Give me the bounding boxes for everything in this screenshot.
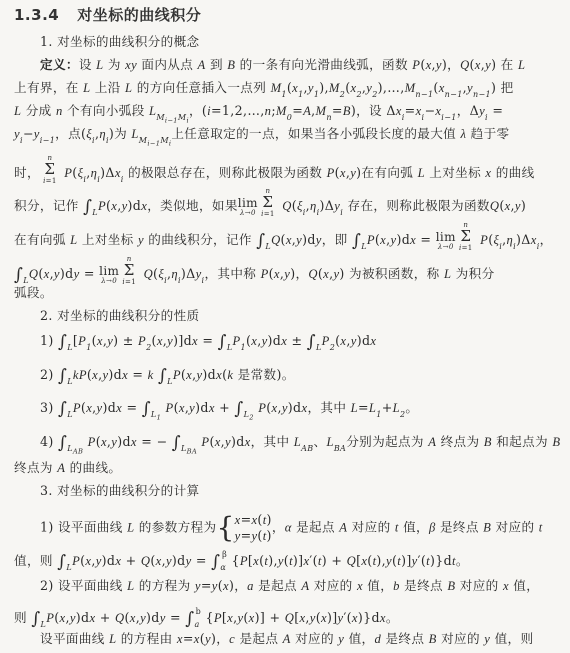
definition-line-2: 上有界，在 L 上沿 L 的方向任意插入一点列 M1(x1,y1),M2(x2,… <box>0 79 570 104</box>
computation-3: 设平面曲线 L 的方程由 x=x(y)，c 是起点 A 对应的 y 值，d 是终… <box>0 630 570 648</box>
definition-label: 定义： <box>40 57 79 72</box>
computation-1-formula: 值，则 ∫LP(x,y)dx + Q(x,y)dy = ∫αβ {P[x(t),… <box>0 546 570 577</box>
textbook-page: 1.3.4对坐标的曲线积分 1. 对坐标的曲线积分的概念 定义：设 L 为 xy… <box>0 0 570 653</box>
computation-2: 2) 设平面曲线 L 的方程为 y=y(x)，a 是起点 A 对应的 x 值，b… <box>0 577 570 595</box>
definition-line-7: 在有向弧 L 上对坐标 y 的曲线积分，记作 ∫LQ(x,y)dy，即 ∫LP(… <box>0 220 570 256</box>
heading-properties: 2. 对坐标的曲线积分的性质 <box>0 307 570 325</box>
property-2: 2) ∫LkP(x,y)dx = k ∫LP(x,y)dx(k 是常数)。 <box>0 366 570 391</box>
definition-line-6: 积分，记作 ∫LP(x,y)dx，类似地，如果limλ→0nΣi=1 Q(ξi,… <box>0 186 570 222</box>
heading-concept: 1. 对坐标的曲线积分的概念 <box>0 33 570 51</box>
definition-line-4: yi−yi−1，点(ξi,ηi)为 LMi−1Mi上任意取定的一点，如果当各小弧… <box>0 125 570 153</box>
section-title-text: 对坐标的曲线积分 <box>77 6 201 24</box>
property-4: 4) ∫LAB P(x,y)dx = − ∫LBA P(x,y)dx，其中 LA… <box>0 433 570 461</box>
definition-line-5: 时，nΣi=1 P(ξi,ηi)Δxi 的极限总存在，则称此极限为函数 P(x,… <box>0 153 570 189</box>
heading-computation: 3. 对坐标的曲线积分的计算 <box>0 482 570 500</box>
section-title: 1.3.4对坐标的曲线积分 <box>14 4 201 25</box>
property-4-continued: 终点为 A 的曲线。 <box>0 459 570 477</box>
property-3: 3) ∫LP(x,y)dx = ∫L1 P(x,y)dx + ∫L2 P(x,y… <box>0 399 570 427</box>
property-1: 1) ∫L[P1(x,y) ± P2(x,y)]dx = ∫LP1(x,y)dx… <box>0 332 570 357</box>
section-number: 1.3.4 <box>14 6 59 24</box>
definition-line-9: 弧段。 <box>0 284 570 302</box>
definition-line-1: 定义：设 L 为 xy 面内从点 A 到 B 的一条有向光滑曲线弧，函数 P(x… <box>0 56 570 74</box>
computation-1: 1) 设平面曲线 L 的参数方程为{x=x(t)y=y(t)，α 是起点 A 对… <box>0 512 570 544</box>
